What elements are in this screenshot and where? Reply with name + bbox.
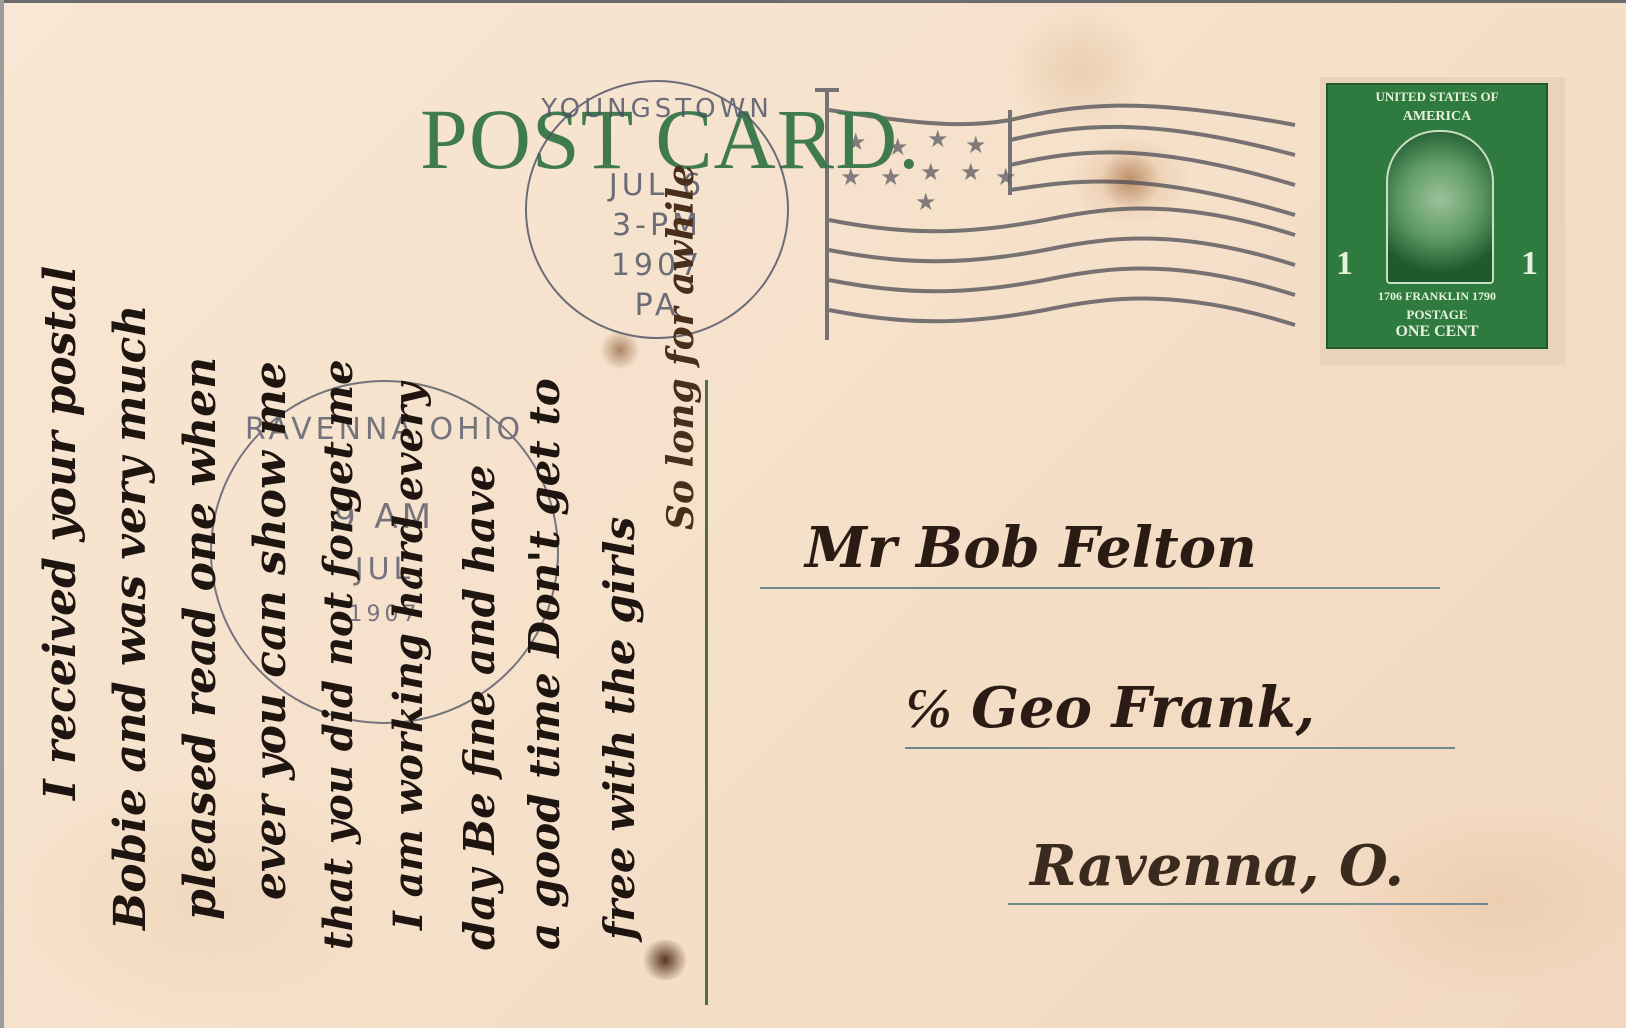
svg-text:★: ★	[915, 188, 937, 216]
stamp-value: ONE CENT	[1328, 323, 1546, 341]
message-line: I am working hard every	[385, 383, 432, 930]
message-line: pleased read one when	[175, 357, 226, 920]
message-line: free with the girls	[595, 517, 644, 940]
address-rule-3	[1008, 903, 1488, 905]
scan-edge-top	[0, 0, 1626, 3]
ink-blot	[640, 940, 690, 980]
scan-edge-left	[0, 0, 4, 1028]
stamp-country-2: AMERICA	[1328, 109, 1546, 125]
message-line: a good time Don't get to	[520, 378, 569, 950]
postmark-year: 1907	[527, 248, 787, 283]
svg-text:★: ★	[965, 131, 987, 159]
message-line: that you did not forget me	[315, 359, 362, 950]
franklin-portrait-icon	[1386, 130, 1494, 284]
postmark-city: YOUNGSTOWN	[527, 94, 787, 124]
address-care-of: ℅ Geo Frank,	[905, 675, 1315, 741]
address-recipient: Mr Bob Felton	[805, 515, 1257, 581]
svg-text:★: ★	[920, 158, 942, 186]
message-line: ever you can show me	[245, 361, 296, 900]
franklin-one-cent-stamp: UNITED STATES OF AMERICA 1 1 1706 FRANKL…	[1320, 77, 1565, 365]
message-line: I received your postal	[35, 266, 86, 800]
address-city: Ravenna, O.	[1030, 833, 1404, 899]
origin-postmark: YOUNGSTOWN JUL 6 3-PM 1907 PA	[525, 80, 789, 339]
address-rule-1	[760, 587, 1440, 589]
stamp-postage: POSTAGE	[1328, 307, 1546, 323]
message-line: Bobie and was very much	[105, 305, 156, 930]
postmark-time: 3-PM	[527, 208, 787, 243]
postmark-date: JUL 6	[527, 168, 787, 203]
stamp-country: UNITED STATES OF	[1328, 89, 1546, 105]
postmark-state: PA	[527, 288, 787, 323]
message-line: So long for awhile	[660, 164, 702, 530]
message-line: day Be fine and have	[455, 465, 504, 950]
stamp-name: 1706 FRANKLIN 1790	[1328, 289, 1546, 304]
postcard-back: ★★★★ ★★★★★ ★ POST CARD. YOUNGSTOWN JUL 6…	[0, 0, 1626, 1028]
address-rule-2	[905, 747, 1455, 749]
svg-text:★: ★	[960, 158, 982, 186]
stamp-denomination-left: 1	[1336, 245, 1356, 283]
svg-text:★: ★	[927, 125, 949, 153]
stamp-denomination-right: 1	[1518, 245, 1538, 283]
message-address-divider	[705, 380, 708, 1005]
svg-text:★: ★	[995, 163, 1017, 191]
